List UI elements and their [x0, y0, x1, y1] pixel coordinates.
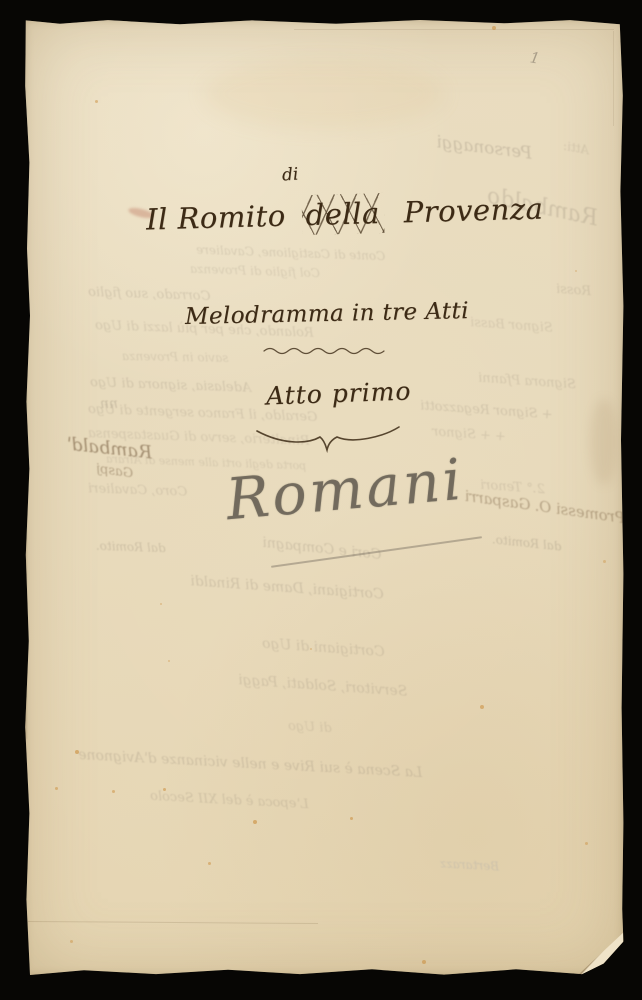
bleedthrough-line: Cortigiani di Ugo	[262, 636, 386, 661]
bleedthrough-line: Bertarazz	[440, 856, 500, 873]
bleedthrough-line: Adelasia, signora di Ugo	[90, 375, 252, 396]
foxing-dot	[310, 648, 312, 650]
foxing-dot	[70, 940, 73, 943]
act-heading: Atto primo	[266, 376, 412, 410]
foxing-dot	[480, 705, 484, 709]
left-sheet-edge	[24, 219, 27, 739]
bleedthrough-line: La Scena è sui Rive e nelle vicinanze d'…	[78, 747, 423, 781]
bleedthrough-line: Coro, Cavalieri	[88, 481, 188, 499]
bleedthrough-line: savio in Provenza	[122, 349, 229, 365]
foxing-dot	[603, 560, 606, 563]
pencil-diagonal-stroke	[271, 536, 482, 568]
bleedthrough-line: Corrado, suo figlio	[88, 285, 211, 304]
flourish-swash	[253, 423, 403, 453]
subtitle-melodramma: Melodramma in tre Atti	[185, 298, 469, 330]
manuscript-page: PersonaggiAtti:RambaldoConte di Castigli…	[24, 19, 624, 976]
title-line: Il RomitodellaProvenza	[146, 191, 544, 236]
foxing-dot	[253, 820, 257, 824]
title-closing: Provenza	[403, 191, 544, 229]
bleedthrough-line: + + Signor	[432, 424, 507, 444]
wavy-underline	[262, 345, 396, 355]
bleedthrough-line: dal Romito.	[491, 532, 562, 553]
foxing-dot	[163, 788, 166, 791]
dog-ear-fold	[575, 932, 623, 975]
photograph-background: PersonaggiAtti:RambaldoConte di Castigli…	[0, 0, 642, 1000]
foxing-dot	[168, 660, 170, 662]
warm-tone-patch	[204, 59, 444, 129]
foxing-dot	[160, 603, 162, 605]
foxing-dot	[422, 960, 426, 964]
bleedthrough-line: nn	[100, 396, 118, 412]
foxing-dot	[75, 750, 79, 754]
bleedthrough-line: Servitori, Soldati, Paggi	[238, 672, 408, 700]
bleedthrough-line: Gaspj	[95, 461, 134, 481]
top-edge-crease	[294, 29, 614, 30]
title-opening: Il Romito	[146, 199, 287, 237]
romani-annotation: Romani	[224, 447, 467, 534]
bleedthrough-line: Rossi	[556, 282, 592, 299]
foxing-dot	[112, 790, 115, 793]
foxing-dot	[585, 842, 588, 845]
bleedthrough-line: Signora Pfanni	[478, 371, 577, 393]
bleedthrough-line: Personaggi	[435, 132, 533, 164]
bleedthrough-line: 2.° Tenori	[480, 478, 546, 497]
bleedthrough-line: Col figlio di Provenza	[190, 262, 320, 281]
bottom-fold-crease	[28, 921, 318, 924]
brown-smudge	[590, 399, 618, 485]
page-number-pencil: 1	[529, 48, 542, 67]
title-correction-di: di	[281, 164, 299, 185]
foxing-dot	[208, 862, 211, 865]
bleedthrough-line: Atti:	[562, 139, 590, 157]
foxing-dot	[55, 787, 58, 790]
bleedthrough-line: L'epoca è del XII Secolo	[150, 789, 309, 812]
bleedthrough-line: Signor Bassi	[470, 315, 554, 336]
bleedthrough-line: Rambald'	[65, 434, 153, 464]
title-word-struck: della	[305, 196, 380, 232]
bleedthrough-line: + Signor Regazzotti	[420, 398, 553, 422]
bleedthrough-line: Conte di Castiglione, Cavaliere	[196, 243, 386, 264]
foxing-dot	[350, 817, 353, 820]
foxing-dot	[95, 100, 98, 103]
foxing-dot	[575, 270, 577, 272]
foxing-dot	[492, 26, 496, 30]
bleedthrough-line: Cortigiani, Dame di Rinaldi	[190, 573, 385, 602]
bleedthrough-line: Promessi O. Gasparri	[464, 487, 627, 527]
bleedthrough-line: di Ugo	[288, 719, 332, 736]
right-edge-crease	[613, 31, 614, 126]
bleedthrough-line: dal Romito.	[96, 539, 166, 555]
